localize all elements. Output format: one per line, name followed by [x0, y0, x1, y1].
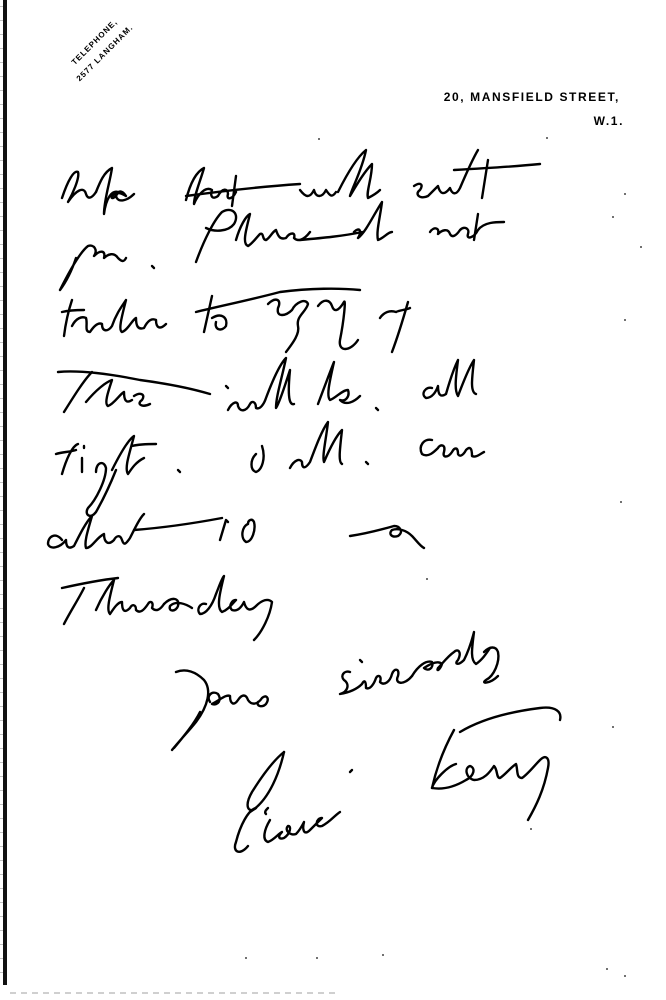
handwritten-line-2 [60, 202, 504, 290]
handwritten-signature [235, 708, 560, 852]
handwriting-strokes [0, 0, 666, 1000]
scan-speck [606, 968, 608, 970]
scan-speck [640, 246, 642, 248]
scan-speck [530, 828, 532, 830]
handwritten-line-4 [58, 358, 476, 412]
scan-speck [612, 726, 614, 728]
scan-speck [546, 137, 548, 139]
scan-speck [624, 975, 626, 977]
handwritten-line-5 [56, 422, 484, 516]
handwritten-line-3 [62, 289, 410, 352]
scan-speck [426, 578, 428, 580]
handwritten-line-7 [62, 576, 272, 640]
scan-speck [624, 193, 626, 195]
scan-speck [624, 319, 626, 321]
scan-speck [382, 954, 384, 956]
scan-speck [612, 216, 614, 218]
scan-speck [245, 957, 247, 959]
letter-page: TELEPHONE, 2577 LANGHAM. 20, MANSFIELD S… [0, 0, 666, 1000]
handwritten-line-6 [48, 514, 424, 548]
handwritten-valediction [172, 632, 498, 750]
scan-speck [318, 138, 320, 140]
handwritten-line-1 [62, 150, 540, 214]
scan-speck [316, 957, 318, 959]
scan-speck [620, 501, 622, 503]
